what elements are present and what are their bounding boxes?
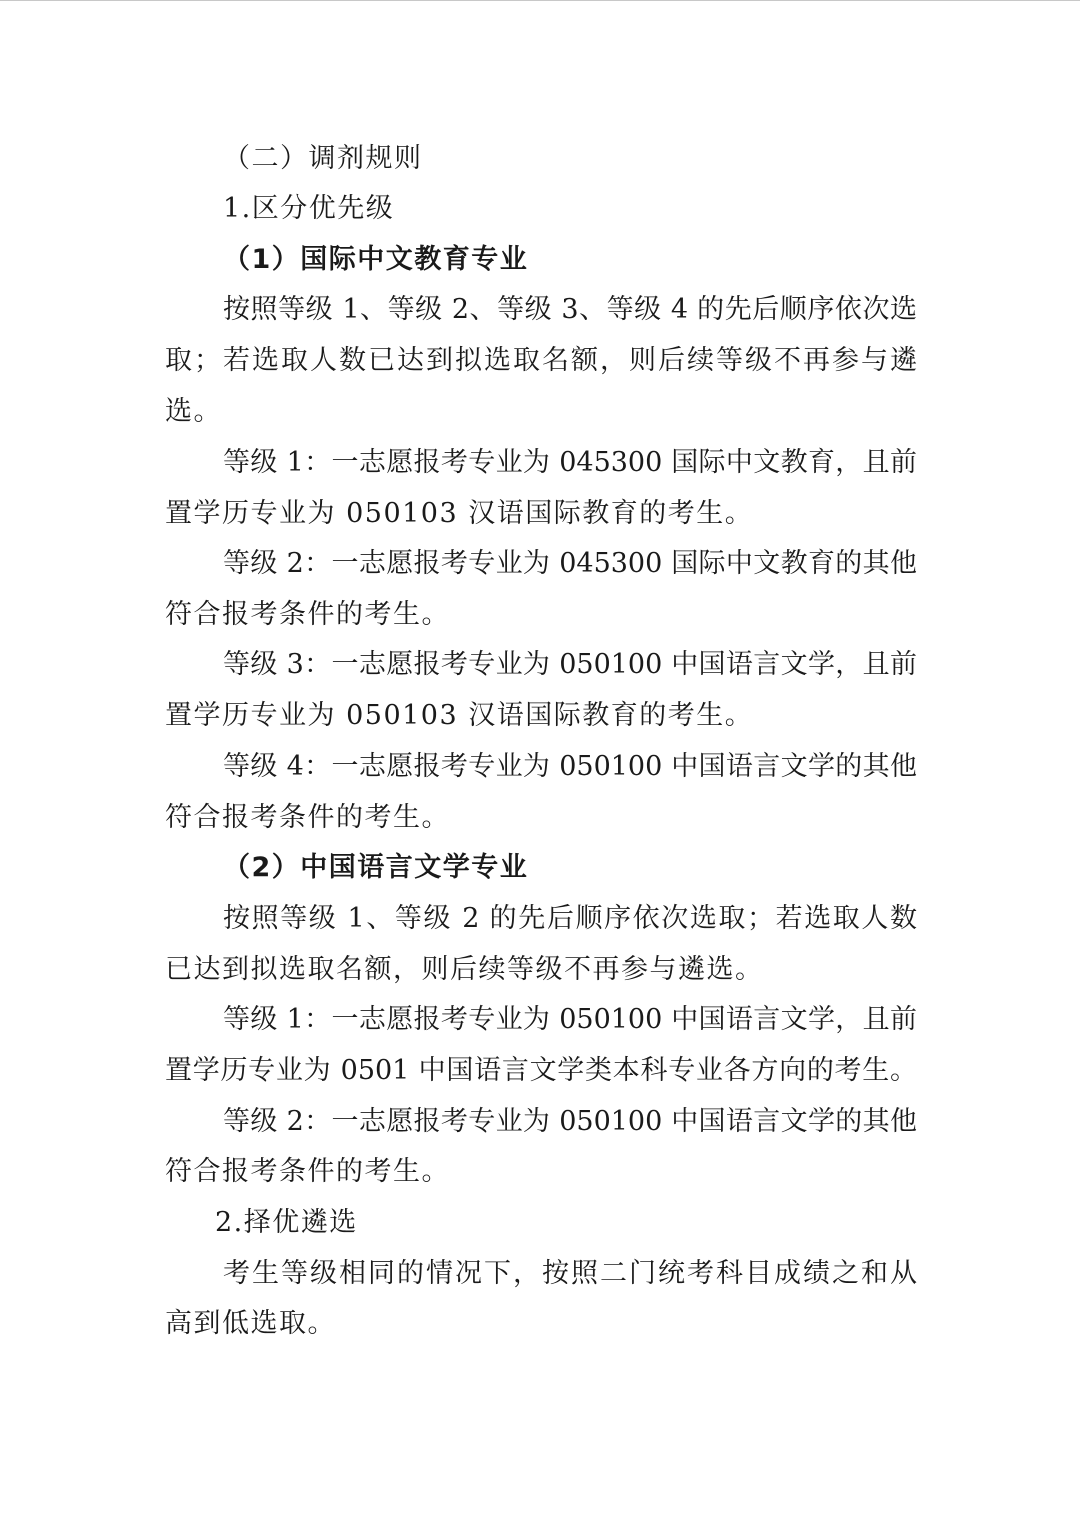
major-1-level-4-line-2: 符合报考条件的考生。 — [165, 800, 450, 836]
major-1-intro-line-1: 按照等级 1、等级 2、等级 3、等级 4 的先后顺序依次选 — [223, 292, 917, 328]
major-2-level-1-line-2: 置学历专业为 0501 中国语言文学类本科专业各方向的考生。 — [165, 1053, 917, 1089]
major-heading-international-chinese: （1）国际中文教育专业 — [223, 242, 528, 278]
major-2-intro-line-1: 按照等级 1、等级 2 的先后顺序依次选取；若选取人数 — [223, 901, 917, 937]
major-1-level-2-line-2: 符合报考条件的考生。 — [165, 597, 450, 633]
major-2-intro-line-2: 已达到拟选取名额，则后续等级不再参与遴选。 — [165, 952, 764, 988]
major-1-level-2-line-1: 等级 2：一志愿报考专业为 045300 国际中文教育的其他 — [223, 546, 917, 582]
subsection-title-selection: 2.择优遴选 — [215, 1205, 358, 1241]
major-1-level-3-line-2: 置学历专业为 050103 汉语国际教育的考生。 — [165, 698, 753, 734]
major-1-level-4-line-1: 等级 4：一志愿报考专业为 050100 中国语言文学的其他 — [223, 749, 917, 785]
major-2-level-2-line-2: 符合报考条件的考生。 — [165, 1154, 450, 1190]
selection-body-line-2: 高到低选取。 — [165, 1306, 336, 1342]
section-title: （二）调剂规则 — [223, 141, 423, 177]
major-1-intro-line-2: 取；若选取人数已达到拟选取名额，则后续等级不再参与遴 — [165, 343, 917, 379]
selection-body-line-1: 考生等级相同的情况下，按照二门统考科目成绩之和从 — [223, 1256, 917, 1292]
major-1-level-1-line-2: 置学历专业为 050103 汉语国际教育的考生。 — [165, 496, 753, 532]
major-heading-chinese-language-literature: （2）中国语言文学专业 — [223, 850, 528, 886]
major-1-intro-line-3: 选。 — [165, 394, 222, 430]
subsection-title-priority: 1.区分优先级 — [223, 191, 394, 227]
major-1-level-1-line-1: 等级 1：一志愿报考专业为 045300 国际中文教育，且前 — [223, 445, 917, 481]
major-1-level-3-line-1: 等级 3：一志愿报考专业为 050100 中国语言文学，且前 — [223, 647, 917, 683]
major-2-level-2-line-1: 等级 2：一志愿报考专业为 050100 中国语言文学的其他 — [223, 1104, 917, 1140]
major-2-level-1-line-1: 等级 1：一志愿报考专业为 050100 中国语言文学，且前 — [223, 1002, 917, 1038]
